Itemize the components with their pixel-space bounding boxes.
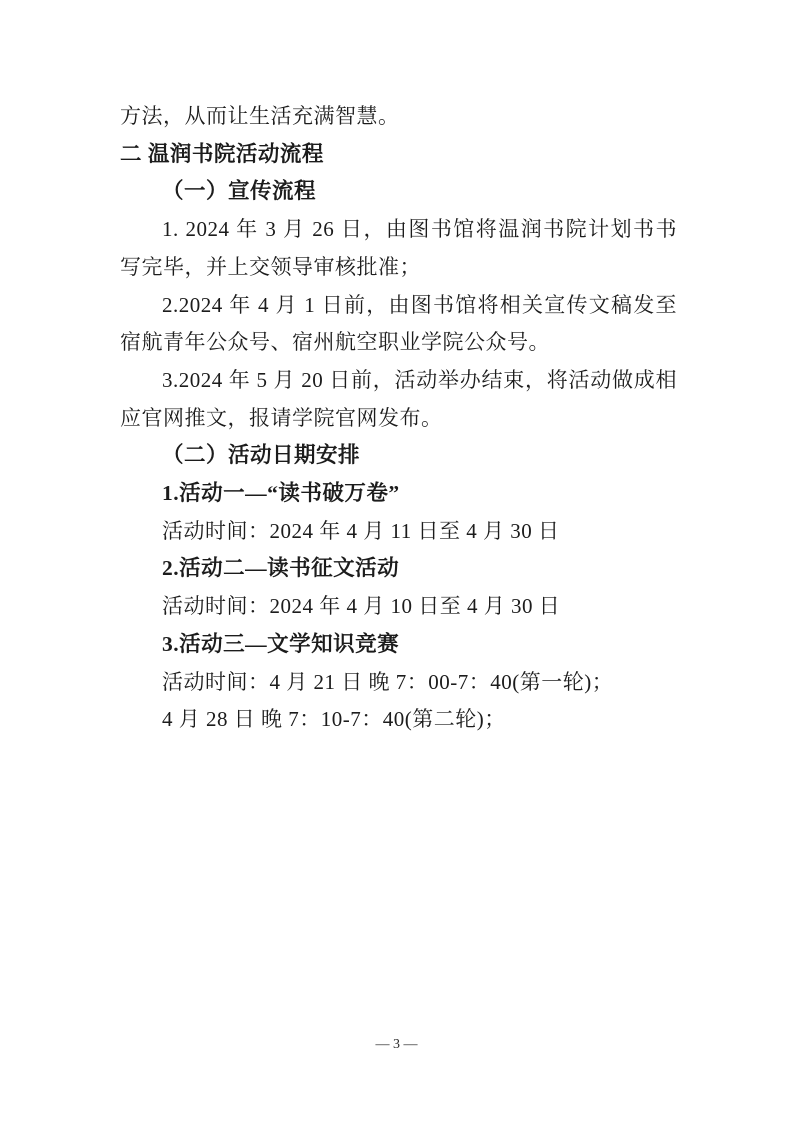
page-number: — 3 — <box>376 1037 418 1052</box>
activity-3-time-round-1: 活动时间：4 月 21 日 晚 7：00-7：40(第一轮)； <box>120 664 677 702</box>
subheading-activity-schedule: （二）活动日期安排 <box>120 437 677 475</box>
body-paragraph-continuation: 方法，从而让生活充满智慧。 <box>120 98 677 136</box>
page-footer: — 3 — <box>0 1036 793 1054</box>
activity-2-title: 2.活动二—读书征文活动 <box>120 550 677 588</box>
heading-activity-process: 二 温润书院活动流程 <box>120 136 677 174</box>
document-content: 方法，从而让生活充满智慧。 二 温润书院活动流程 （一）宣传流程 1. 2024… <box>120 98 677 739</box>
activity-1-title: 1.活动一—“读书破万卷” <box>120 475 677 513</box>
activity-1-time: 活动时间：2024 年 4 月 11 日至 4 月 30 日 <box>120 513 677 551</box>
activity-2-time: 活动时间：2024 年 4 月 10 日至 4 月 30 日 <box>120 588 677 626</box>
document-page: 方法，从而让生活充满智慧。 二 温润书院活动流程 （一）宣传流程 1. 2024… <box>0 0 793 1122</box>
publicity-step-2: 2.2024 年 4 月 1 日前，由图书馆将相关宣传文稿发至宿航青年公众号、宿… <box>120 287 677 362</box>
publicity-step-1: 1. 2024 年 3 月 26 日，由图书馆将温润书院计划书书写完毕，并上交领… <box>120 211 677 286</box>
publicity-step-3: 3.2024 年 5 月 20 日前，活动举办结束，将活动做成相应官网推文，报请… <box>120 362 677 437</box>
subheading-publicity-process: （一）宣传流程 <box>120 173 677 211</box>
activity-3-time-round-2: 4 月 28 日 晚 7：10-7：40(第二轮)； <box>120 701 677 739</box>
activity-3-title: 3.活动三—文学知识竞赛 <box>120 626 677 664</box>
